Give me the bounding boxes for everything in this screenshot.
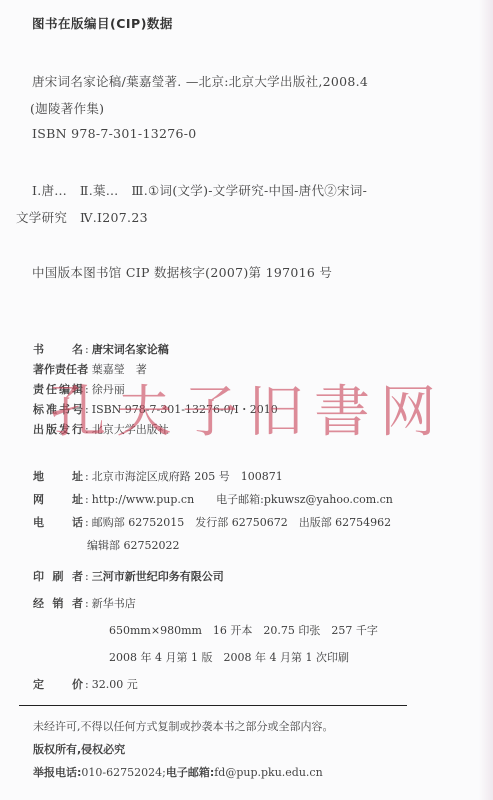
copy-notice: 未经许可,不得以任何方式复制或抄袭本书之部分或全部内容。 bbox=[33, 718, 334, 734]
row-value: 编辑部 62752022 bbox=[87, 537, 180, 553]
row-value: 北京大学出版社 bbox=[92, 421, 169, 437]
rights-reserved: 版权所有,侵权必究 bbox=[33, 741, 125, 757]
row-value: http://www.pup.cn 电子邮箱:pkuwsz@yahoo.com.… bbox=[92, 491, 393, 507]
colophon-row-editor: 责任编辑:徐丹丽 bbox=[33, 381, 125, 397]
row-value: 唐宋词名家论稿 bbox=[92, 341, 169, 357]
row-label: 定 价 bbox=[33, 676, 83, 692]
row-value: 新华书店 bbox=[92, 595, 136, 611]
row-label: 责任编辑 bbox=[33, 381, 83, 397]
colophon-row-edition: 2008 年 4 月第 1 版 2008 年 4 月第 1 次印刷 bbox=[109, 649, 349, 665]
row-label: 网 址 bbox=[33, 491, 83, 507]
row-value: 北京市海淀区成府路 205 号 100871 bbox=[92, 468, 283, 484]
row-value: 三河市新世纪印务有限公司 bbox=[92, 568, 224, 584]
row-label: 书 名 bbox=[33, 341, 83, 357]
footer-divider bbox=[19, 705, 407, 706]
colophon-row-author: 著作责任者:葉嘉瑩 著 bbox=[33, 361, 147, 377]
email-label: 电子邮箱: bbox=[166, 766, 214, 779]
colophon-row-printer: 印 刷 者:三河市新世纪印务有限公司 bbox=[33, 568, 224, 584]
colophon-row-website: 网 址:http://www.pup.cn 电子邮箱:pkuwsz@yahoo.… bbox=[33, 491, 393, 507]
cip-subject-line1: Ⅰ.唐… Ⅱ.葉… Ⅲ.①词(文学)-文学研究-中国-唐代②宋词- bbox=[32, 181, 367, 199]
colophon-row-format: 650mm×980mm 16 开本 20.75 印张 257 千字 bbox=[109, 622, 378, 638]
row-value: 邮购部 62752015 发行部 62750672 出版部 62754962 bbox=[92, 514, 391, 530]
row-value: 32.00 元 bbox=[92, 676, 138, 692]
cip-subject-line2: 文学研究 Ⅳ.I207.23 bbox=[16, 208, 148, 226]
row-label: 电 话 bbox=[33, 514, 83, 530]
colophon-row-distributor: 经 销 者:新华书店 bbox=[33, 595, 136, 611]
cip-citation-line2: (迦陵著作集) bbox=[30, 99, 104, 117]
row-label: 经 销 者 bbox=[33, 595, 83, 611]
report-phone: 010-62752024; bbox=[81, 766, 165, 779]
row-label: 印 刷 者 bbox=[33, 568, 83, 584]
report-line: 举报电话:010-62752024;电子邮箱:fd@pup.pku.edu.cn bbox=[33, 764, 323, 780]
row-label: 著作责任者 bbox=[33, 361, 83, 377]
report-email: fd@pup.pku.edu.cn bbox=[214, 766, 322, 779]
colophon-row-title: 书 名:唐宋词名家论稿 bbox=[33, 341, 169, 357]
colophon-row-price: 定 价:32.00 元 bbox=[33, 676, 138, 692]
row-value: 徐丹丽 bbox=[92, 381, 125, 397]
row-label: 标准书号 bbox=[33, 401, 83, 417]
row-value: 2008 年 4 月第 1 版 2008 年 4 月第 1 次印刷 bbox=[109, 649, 349, 665]
colophon-row-isbn: 标准书号:ISBN 978-7-301-13276-0/I・2010 bbox=[33, 401, 278, 417]
report-label: 举报电话: bbox=[33, 766, 81, 779]
row-label: 出版发行 bbox=[33, 421, 83, 437]
cip-heading: 图书在版编目(CIP)数据 bbox=[32, 14, 173, 32]
cip-citation-line1: 唐宋词名家论稿/葉嘉瑩著. —北京:北京大学出版社,2008.4 bbox=[32, 72, 368, 90]
row-value: 650mm×980mm 16 开本 20.75 印张 257 千字 bbox=[109, 622, 378, 638]
row-value: 葉嘉瑩 著 bbox=[92, 361, 147, 377]
row-label: 地 址 bbox=[33, 468, 83, 484]
page-edge-shadow bbox=[479, 0, 493, 800]
colophon-row-address: 地 址:北京市海淀区成府路 205 号 100871 bbox=[33, 468, 283, 484]
colophon-row-publisher: 出版发行:北京大学出版社 bbox=[33, 421, 169, 437]
cip-number: 中国版本图书馆 CIP 数据核字(2007)第 197016 号 bbox=[32, 263, 332, 281]
colophon-row-phone-cont: 编辑部 62752022 bbox=[87, 537, 180, 553]
row-value: ISBN 978-7-301-13276-0/I・2010 bbox=[92, 401, 278, 417]
colophon-row-phone: 电 话:邮购部 62752015 发行部 62750672 出版部 627549… bbox=[33, 514, 391, 530]
cip-isbn: ISBN 978-7-301-13276-0 bbox=[32, 126, 196, 141]
